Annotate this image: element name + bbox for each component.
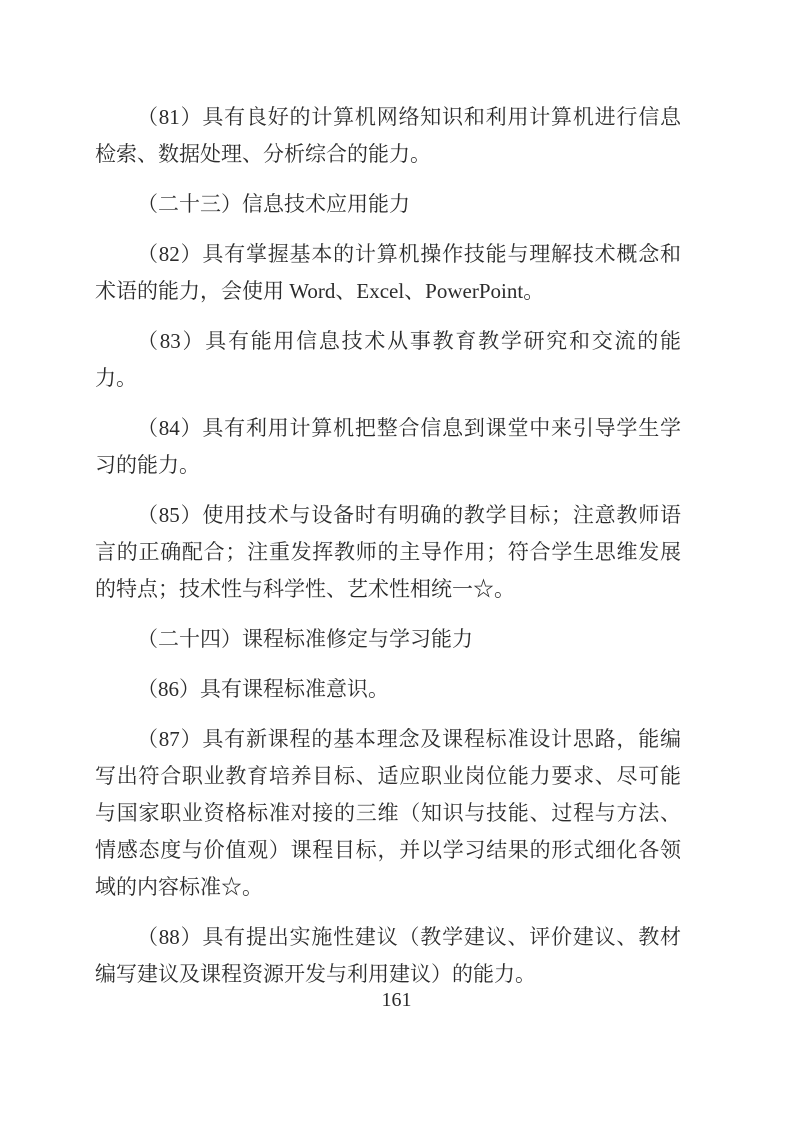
paragraph-item-81: （81）具有良好的计算机网络知识和利用计算机进行信息检索、数据处理、分析综合的能… — [95, 99, 681, 173]
paragraph-item-86: （86）具有课程标准意识。 — [95, 671, 681, 708]
paragraph-item-84: （84）具有利用计算机把整合信息到课堂中来引导学生学习的能力。 — [95, 410, 681, 484]
paragraph-item-82: （82）具有掌握基本的计算机操作技能与理解技术概念和术语的能力，会使用 Word… — [95, 236, 681, 310]
page-number: 161 — [0, 989, 793, 1011]
section-heading-23: （二十三）信息技术应用能力 — [95, 186, 681, 223]
paragraph-item-85: （85）使用技术与设备时有明确的教学目标；注意教师语言的正确配合；注重发挥教师的… — [95, 497, 681, 608]
paragraph-item-83: （83）具有能用信息技术从事教育教学研究和交流的能力。 — [95, 323, 681, 397]
paragraph-item-88: （88）具有提出实施性建议（教学建议、评价建议、教材编写建议及课程资源开发与利用… — [95, 919, 681, 993]
document-body: （81）具有良好的计算机网络知识和利用计算机进行信息检索、数据处理、分析综合的能… — [95, 99, 681, 1006]
document-page: （81）具有良好的计算机网络知识和利用计算机进行信息检索、数据处理、分析综合的能… — [0, 0, 793, 1122]
section-heading-24: （二十四）课程标准修定与学习能力 — [95, 621, 681, 658]
paragraph-item-87: （87）具有新课程的基本理念及课程标准设计思路，能编写出符合职业教育培养目标、适… — [95, 721, 681, 906]
